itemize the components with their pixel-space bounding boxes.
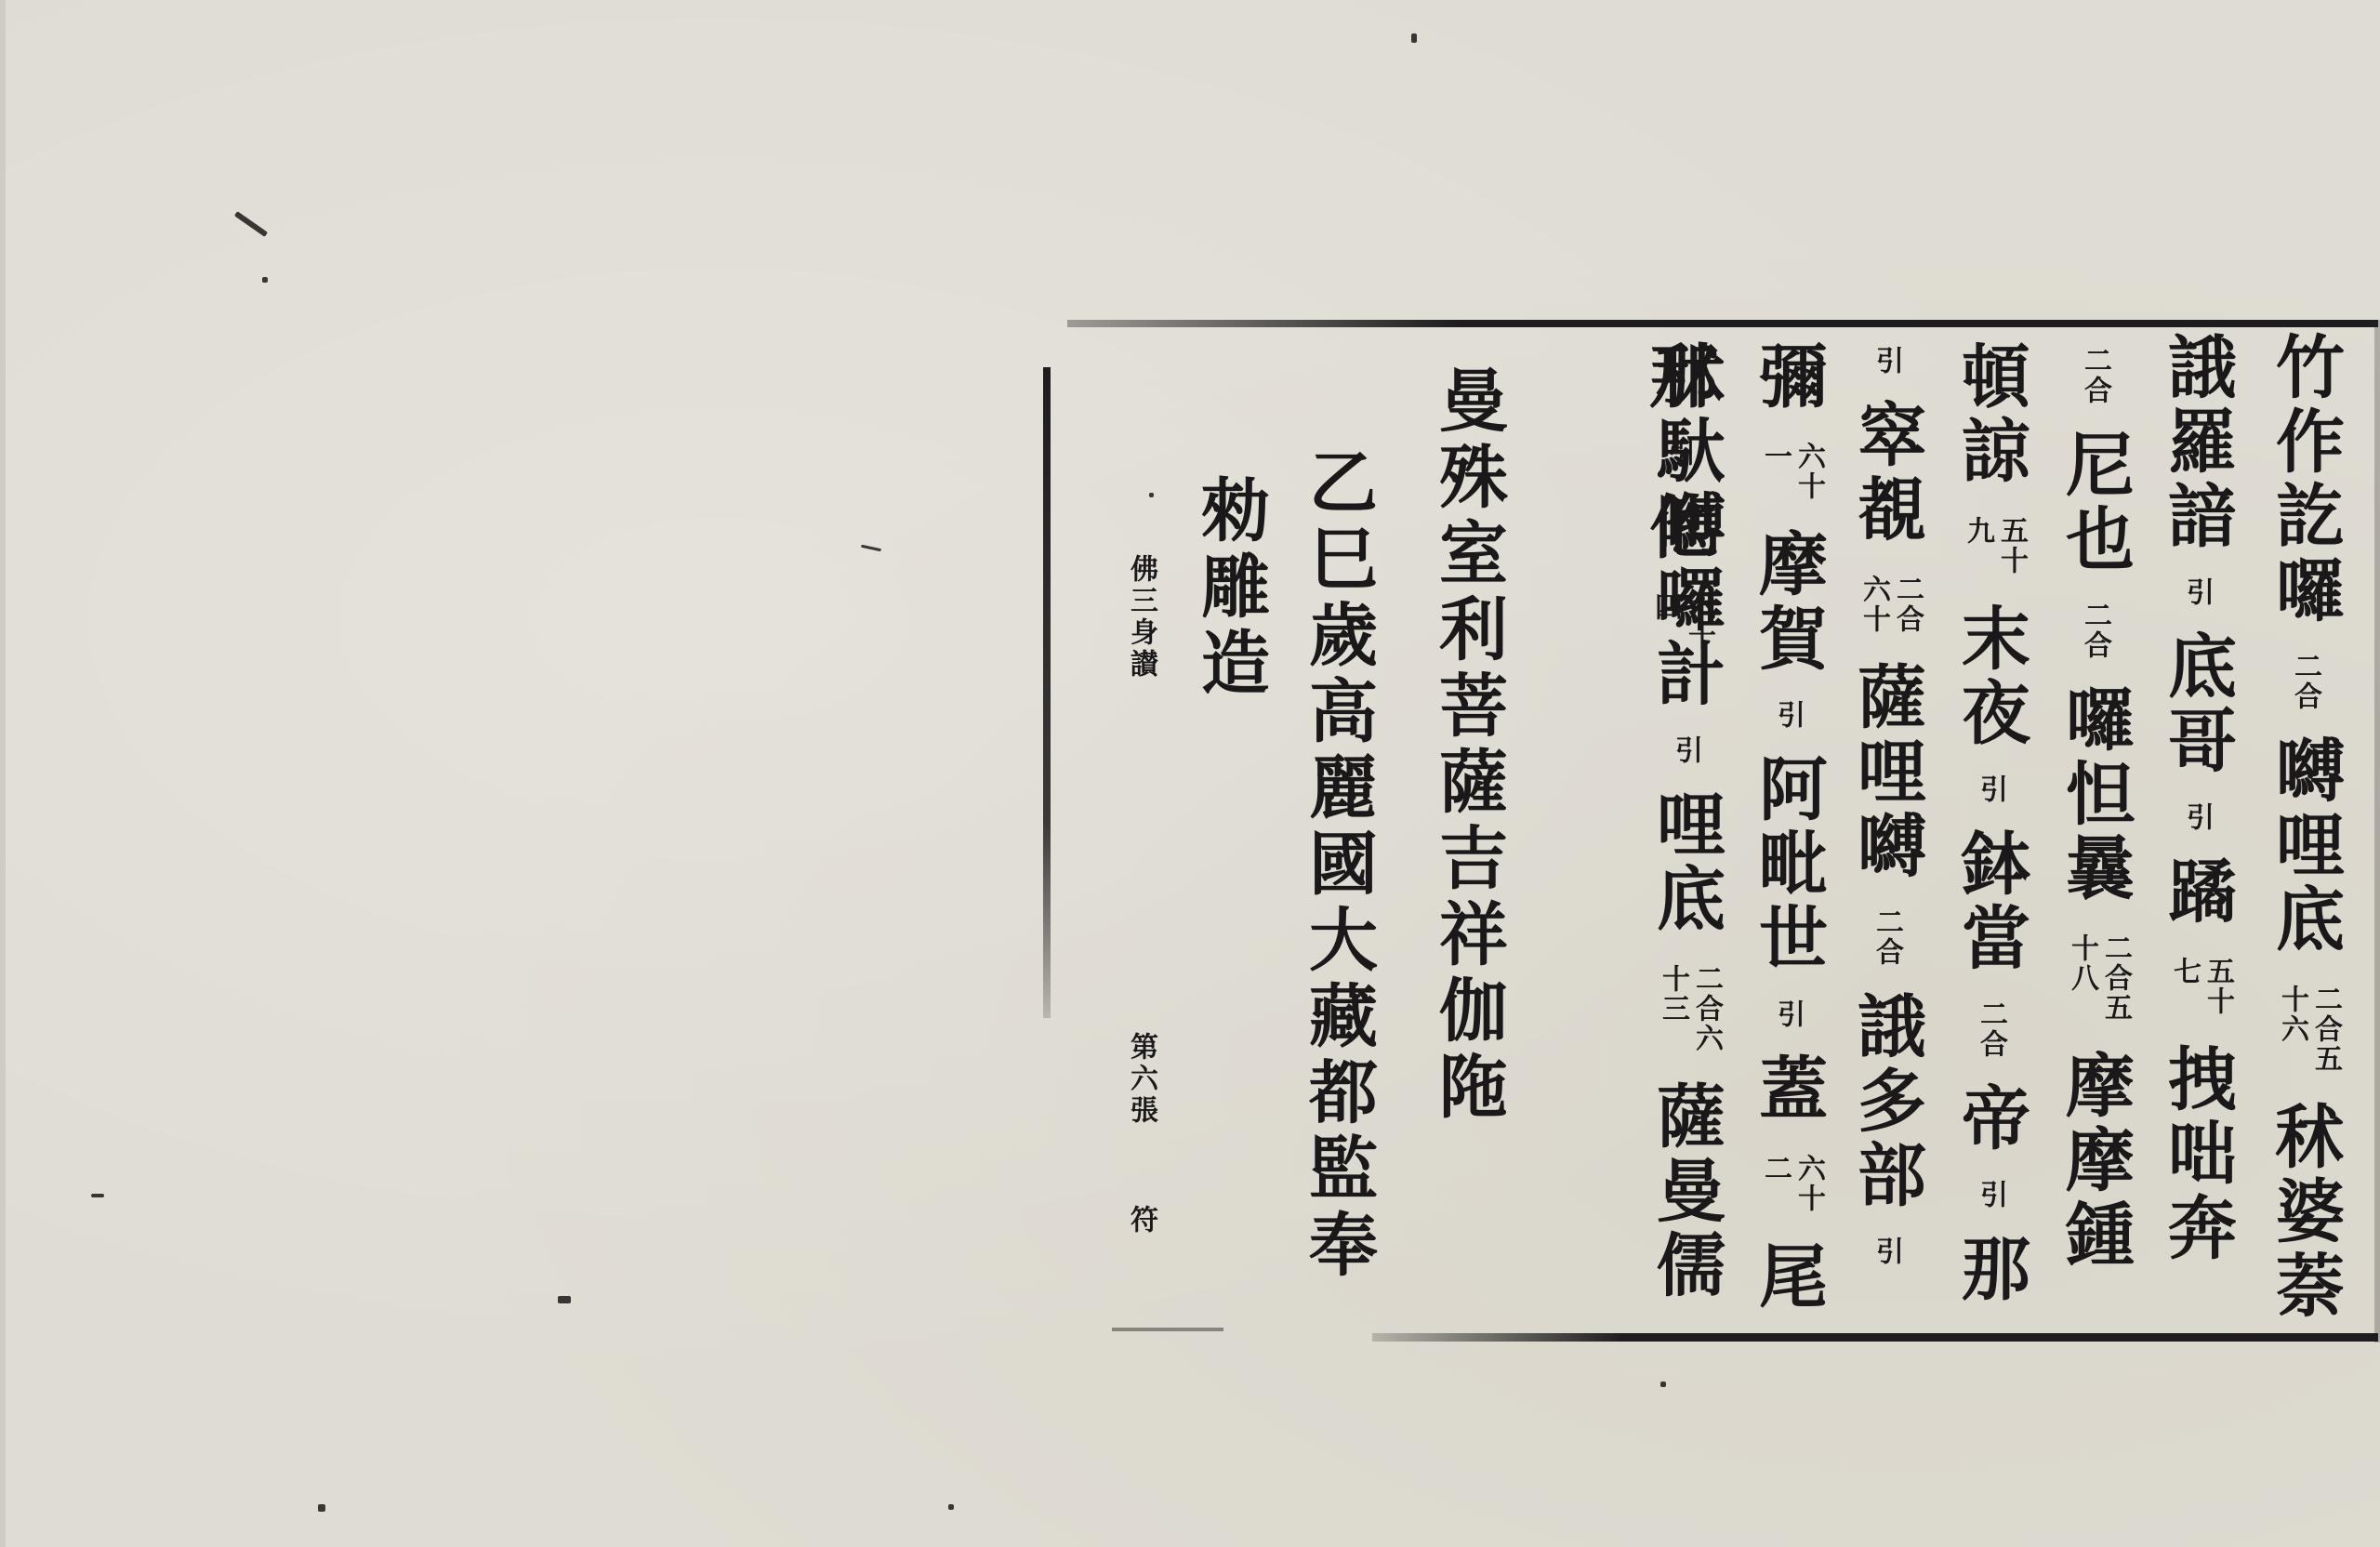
interlinear-note: 引 <box>2183 802 2211 832</box>
note-left: 四 <box>1651 592 1679 652</box>
interlinear-note-pair: 六十 一 <box>1761 442 1822 501</box>
interlinear-note-pair: 五十 九 <box>1963 516 2025 575</box>
note-left: 一 <box>1761 442 1789 501</box>
interlinear-note-pair: 六十 二 <box>1761 1154 1822 1213</box>
note-left: 二 <box>1761 1154 1789 1213</box>
main-text: 尼也 <box>2055 429 2135 577</box>
interlinear-note: 二合 <box>2081 346 2109 405</box>
note-left: 七 <box>2170 957 2198 1016</box>
main-text: 哩底 <box>1646 788 1725 937</box>
block-border-left <box>1043 367 1051 1018</box>
interlinear-note-pair: 二合五 十六 <box>2278 985 2339 1074</box>
ink-speck <box>948 1504 954 1510</box>
note-right: 六十 <box>1794 442 1822 501</box>
interlinear-note: 二合 <box>2291 652 2319 711</box>
main-text: 薩哩嚩 <box>1846 661 1926 884</box>
interlinear-note-pair: 五十 七 <box>2170 957 2231 1016</box>
main-text: 頓諒 <box>1950 340 2030 489</box>
text-column-4: 頓諒 五十 九 末夜 引 鉢當 二合 帝 引 那 <box>1956 340 2025 1307</box>
main-text: 拽咄奔 <box>2157 1043 2237 1266</box>
main-text: 摩賀 <box>1748 528 1828 677</box>
note-right: 六十 <box>1685 592 1712 652</box>
interlinear-note: 二合 <box>2081 601 2109 660</box>
interlinear-note: 引 <box>1872 346 1900 376</box>
hymn-title: 曼殊室利菩薩吉祥伽陁 <box>1434 364 1502 1127</box>
interlinear-note: 引 <box>1664 438 1692 468</box>
interlinear-note: 引 <box>1977 774 2004 804</box>
main-text: 底哥 <box>2157 630 2237 779</box>
ink-speck <box>318 1504 325 1512</box>
text-column-8: 那 引 他 六十 四 <box>1644 340 1712 661</box>
ink-speck <box>1660 1382 1666 1387</box>
note-right: 二合 <box>1893 575 1921 634</box>
note-left: 六十 <box>1859 575 1887 634</box>
note-right: 二合五 <box>2101 933 2129 1023</box>
main-text: 摩摩鍾 <box>2055 1050 2135 1273</box>
ink-speck <box>558 1296 571 1303</box>
main-text: 尾 <box>1748 1240 1828 1315</box>
interlinear-note: 二合 <box>1977 999 2004 1059</box>
interlinear-note-pair: 二合五 十八 <box>2068 933 2129 1023</box>
carver-mark: 符 <box>1127 1205 1155 1236</box>
main-text: 蓋 <box>1748 1052 1828 1127</box>
interlinear-note: 引 <box>1872 1236 1900 1266</box>
main-text: 窣覩 <box>1846 399 1926 548</box>
ink-speck <box>1149 493 1154 497</box>
main-text: 帝 <box>1950 1082 2030 1157</box>
interlinear-note-pair: 二合 六十 <box>1859 575 1921 634</box>
main-text: 誐羅諳 <box>2157 331 2237 554</box>
interlinear-note: 引 <box>1672 735 1699 765</box>
text-column-5: 引 窣覩 二合 六十 薩哩嚩 二合 誐多部 引 <box>1852 340 1921 1272</box>
ink-speck <box>1411 33 1417 43</box>
interlinear-note: 引 <box>2183 577 2211 607</box>
note-left: 九 <box>1963 516 1991 575</box>
ink-speck <box>234 211 268 237</box>
main-text: 那 <box>1638 340 1718 415</box>
text-column-1: 竹作訖囉 二合 嚩哩底 二合五 十六 秫婆萘 <box>2270 331 2339 1324</box>
block-border-right <box>2374 320 2380 1342</box>
main-text: 那 <box>1950 1233 2030 1307</box>
ink-speck <box>91 1194 104 1197</box>
interlinear-note-pair: 六十 四 <box>1651 592 1712 652</box>
text-column-2: 誐羅諳 引 底哥 引 蹫 五十 七 拽咄奔 <box>2162 331 2231 1266</box>
main-text: 他 <box>1638 491 1718 565</box>
note-left: 十六 <box>2278 985 2306 1074</box>
note-right: 五十 <box>1997 516 2025 575</box>
ink-speck <box>262 277 268 283</box>
interlinear-note: 引 <box>1977 1180 2004 1210</box>
main-text: 竹作訖囉 <box>2265 331 2345 628</box>
interlinear-note: 引 <box>1774 700 1802 730</box>
note-right: 二合六 <box>1692 964 1720 1053</box>
interlinear-note-pair: 二合六 十三 <box>1659 964 1720 1053</box>
main-text: 誐多部 <box>1846 990 1926 1213</box>
note-left: 十三 <box>1659 964 1686 1053</box>
main-text: 末夜 <box>1950 602 2030 751</box>
main-text: 彌 <box>1748 340 1828 415</box>
main-text: 蹫 <box>2157 855 2237 930</box>
document-page: 竹作訖囉 二合 嚩哩底 二合五 十六 秫婆萘 誐羅諳 引 底哥 引 蹫 五十 七… <box>6 0 2380 1547</box>
main-text: 嚩哩底 <box>2265 734 2345 958</box>
main-text: 阿毗世 <box>1748 753 1828 976</box>
interlinear-note: 二合 <box>1872 907 1900 967</box>
note-right: 六十 <box>1794 1154 1822 1213</box>
text-column-6: 彌 六十 一 摩賀 引 阿毗世 引 蓋 六十 二 尾 <box>1753 340 1822 1315</box>
colophon-line-1: 乙巳歲高麗國大藏都監奉 <box>1303 446 1372 1285</box>
note-right: 五十 <box>2203 957 2231 1016</box>
block-border-bottom-faint <box>1112 1328 1223 1331</box>
edition-mark: 佛三身讃 <box>1127 554 1155 681</box>
main-text: 鉢當 <box>1950 827 2030 976</box>
block-border-top <box>1067 320 2378 327</box>
text-column-3: 二合 尼也 二合 囉怛曩 二合五 十八 摩摩鍾 <box>2060 340 2129 1273</box>
main-text: 秫婆萘 <box>2265 1101 2345 1324</box>
interlinear-note: 引 <box>1774 999 1802 1029</box>
main-text: 薩曼儒 <box>1646 1080 1725 1303</box>
page-number: 第六張 <box>1127 1032 1155 1127</box>
note-left: 十八 <box>2068 933 2096 1023</box>
note-right: 二合五 <box>2311 985 2339 1074</box>
colophon-line-2: 勑雕造 <box>1196 474 1264 703</box>
block-border-bottom <box>1372 1333 2378 1342</box>
main-text: 囉怛曩 <box>2055 683 2135 906</box>
ink-speck <box>861 545 881 552</box>
